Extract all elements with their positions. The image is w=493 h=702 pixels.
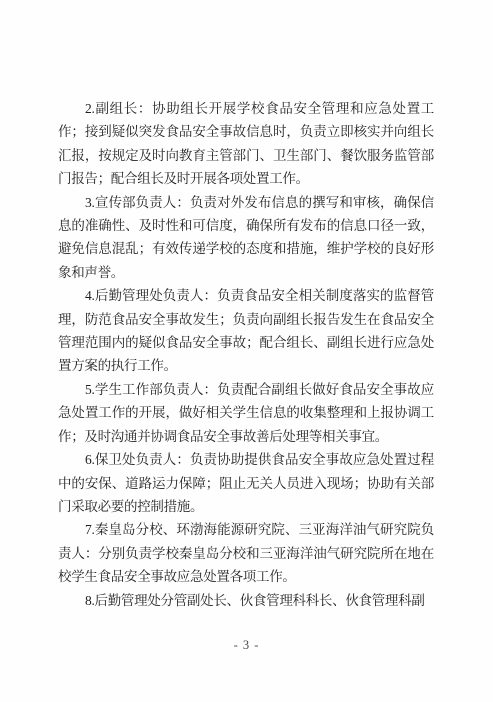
paragraph-item-5: 5.学生工作部负责人：负责配合副组长做好食品安全事故应急处置工作的开展，做好相关… bbox=[58, 378, 434, 448]
paragraph-item-2: 2.副组长：协助组长开展学校食品安全管理和应急处置工作；接到疑似突发食品安全事故… bbox=[58, 97, 434, 191]
document-page: 2.副组长：协助组长开展学校食品安全管理和应急处置工作；接到疑似突发食品安全事故… bbox=[0, 0, 493, 702]
page-number: - 3 - bbox=[0, 637, 493, 653]
paragraph-item-3: 3.宣传部负责人：负责对外发布信息的撰写和审核，确保信息的准确性、及时性和可信度… bbox=[58, 191, 434, 285]
text-block: 2.副组长：协助组长开展学校食品安全管理和应急处置工作；接到疑似突发食品安全事故… bbox=[58, 97, 434, 612]
paragraph-item-4: 4.后勤管理处负责人：负责食品安全相关制度落实的监督管理，防范食品安全事故发生；… bbox=[58, 284, 434, 378]
paragraph-item-7: 7.秦皇岛分校、环渤海能源研究院、三亚海洋油气研究院负责人：分别负责学校秦皇岛分… bbox=[58, 518, 434, 588]
paragraph-item-8: 8.后勤管理处分管副处长、伙食管理科科长、伙食管理科副 bbox=[58, 589, 434, 612]
paragraph-item-6: 6.保卫处负责人：负责协助提供食品安全事故应急处置过程中的安保、道路运力保障；阻… bbox=[58, 448, 434, 518]
